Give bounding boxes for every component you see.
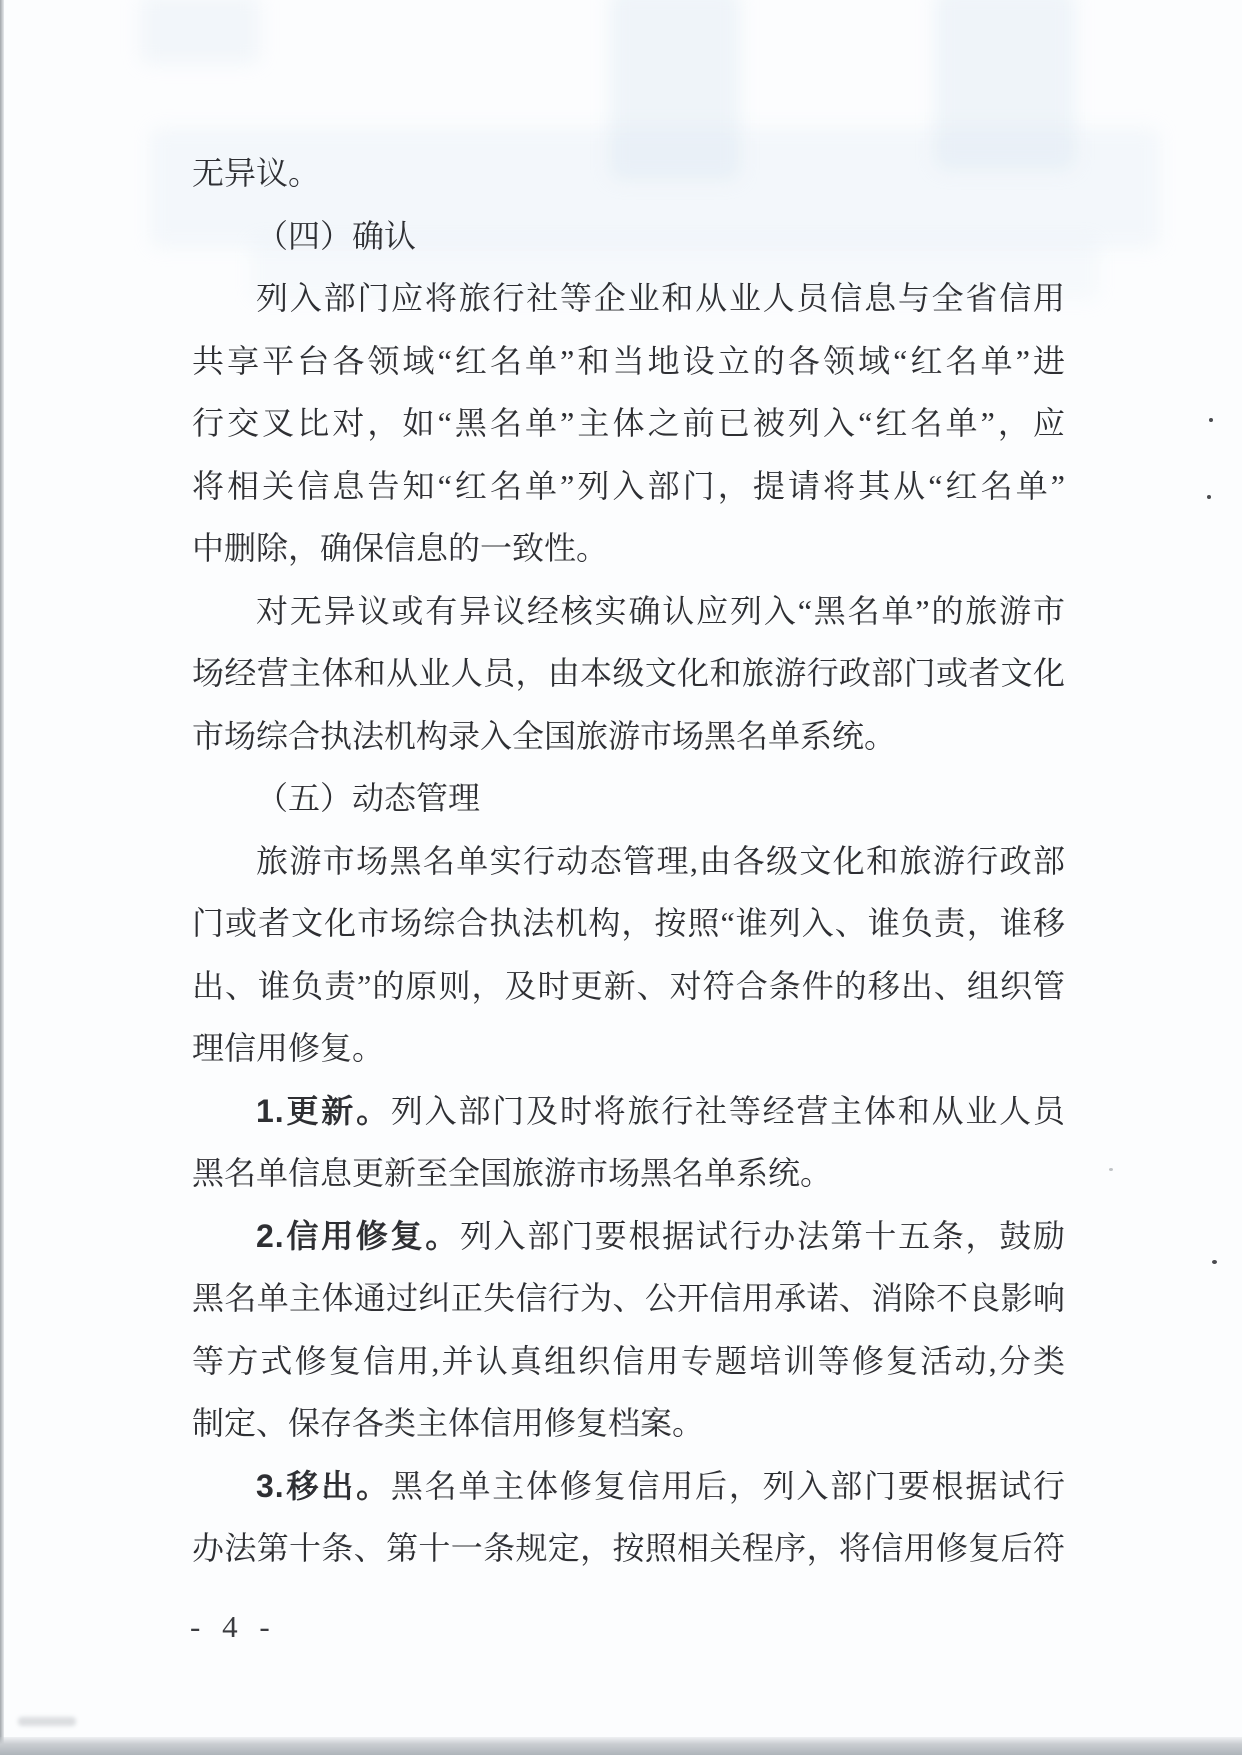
- scan-speck: [1209, 418, 1213, 422]
- text-line: 对无异议或有异议经核实确认应列入“黑名单”的旅游市: [192, 580, 1065, 643]
- text-line: （五）动态管理: [192, 767, 1065, 830]
- text-line: 门或者文化市场综合执法机构，按照“谁列入、谁负责，谁移: [192, 892, 1065, 955]
- run-in-heading: 1.更新。: [256, 1093, 391, 1129]
- document-body: 无异议。（四）确认列入部门应将旅行社等企业和从业人员信息与全省信用共享平台各领域…: [192, 142, 1065, 1580]
- text-line: 黑名单信息更新至全国旅游市场黑名单系统。: [192, 1142, 1065, 1205]
- text-line: 场经营主体和从业人员，由本级文化和旅游行政部门或者文化: [192, 642, 1065, 705]
- text-line: 出、谁负责”的原则，及时更新、对符合条件的移出、组织管: [192, 955, 1065, 1018]
- text-line: 3.移出。黑名单主体修复信用后，列入部门要根据试行: [192, 1455, 1065, 1518]
- scan-left-edge: [0, 0, 4, 1755]
- page-number: - 4 -: [190, 1607, 277, 1647]
- text-line: 列入部门应将旅行社等企业和从业人员信息与全省信用: [192, 267, 1065, 330]
- text-line: 黑名单主体通过纠正失信行为、公开信用承诺、消除不良影响: [192, 1267, 1065, 1330]
- text-line: 2.信用修复。列入部门要根据试行办法第十五条，鼓励: [192, 1205, 1065, 1268]
- text-line: 1.更新。列入部门及时将旅行社等经营主体和从业人员: [192, 1080, 1065, 1143]
- scan-speck: [1207, 495, 1211, 499]
- bleedthrough-smudge: [140, 0, 260, 64]
- scan-speck: [1212, 1260, 1217, 1264]
- run-in-heading: 3.移出。: [256, 1468, 391, 1504]
- text-line: （四）确认: [192, 205, 1065, 268]
- run-in-heading: 2.信用修复。: [256, 1218, 460, 1254]
- document-page: 无异议。（四）确认列入部门应将旅行社等企业和从业人员信息与全省信用共享平台各领域…: [0, 0, 1242, 1755]
- scan-bottom-edge: [0, 1737, 1242, 1755]
- text-line: 将相关信息告知“红名单”列入部门，提请将其从“红名单”: [192, 455, 1065, 518]
- text-line: 行交叉比对，如“黑名单”主体之前已被列入“红名单”，应: [192, 392, 1065, 455]
- text-line: 等方式修复信用,并认真组织信用专题培训等修复活动,分类: [192, 1330, 1065, 1393]
- text-line: 共享平台各领域“红名单”和当地设立的各领域“红名单”进: [192, 330, 1065, 393]
- text-line: 市场综合执法机构录入全国旅游市场黑名单系统。: [192, 705, 1065, 768]
- scan-speck: [1109, 1168, 1113, 1171]
- scan-smear: [18, 1717, 76, 1726]
- text-line: 中删除，确保信息的一致性。: [192, 517, 1065, 580]
- text-line: 理信用修复。: [192, 1017, 1065, 1080]
- text-line: 制定、保存各类主体信用修复档案。: [192, 1392, 1065, 1455]
- text-line: 旅游市场黑名单实行动态管理,由各级文化和旅游行政部: [192, 830, 1065, 893]
- text-line: 无异议。: [192, 142, 1065, 205]
- text-line: 办法第十条、第十一条规定，按照相关程序，将信用修复后符: [192, 1517, 1065, 1580]
